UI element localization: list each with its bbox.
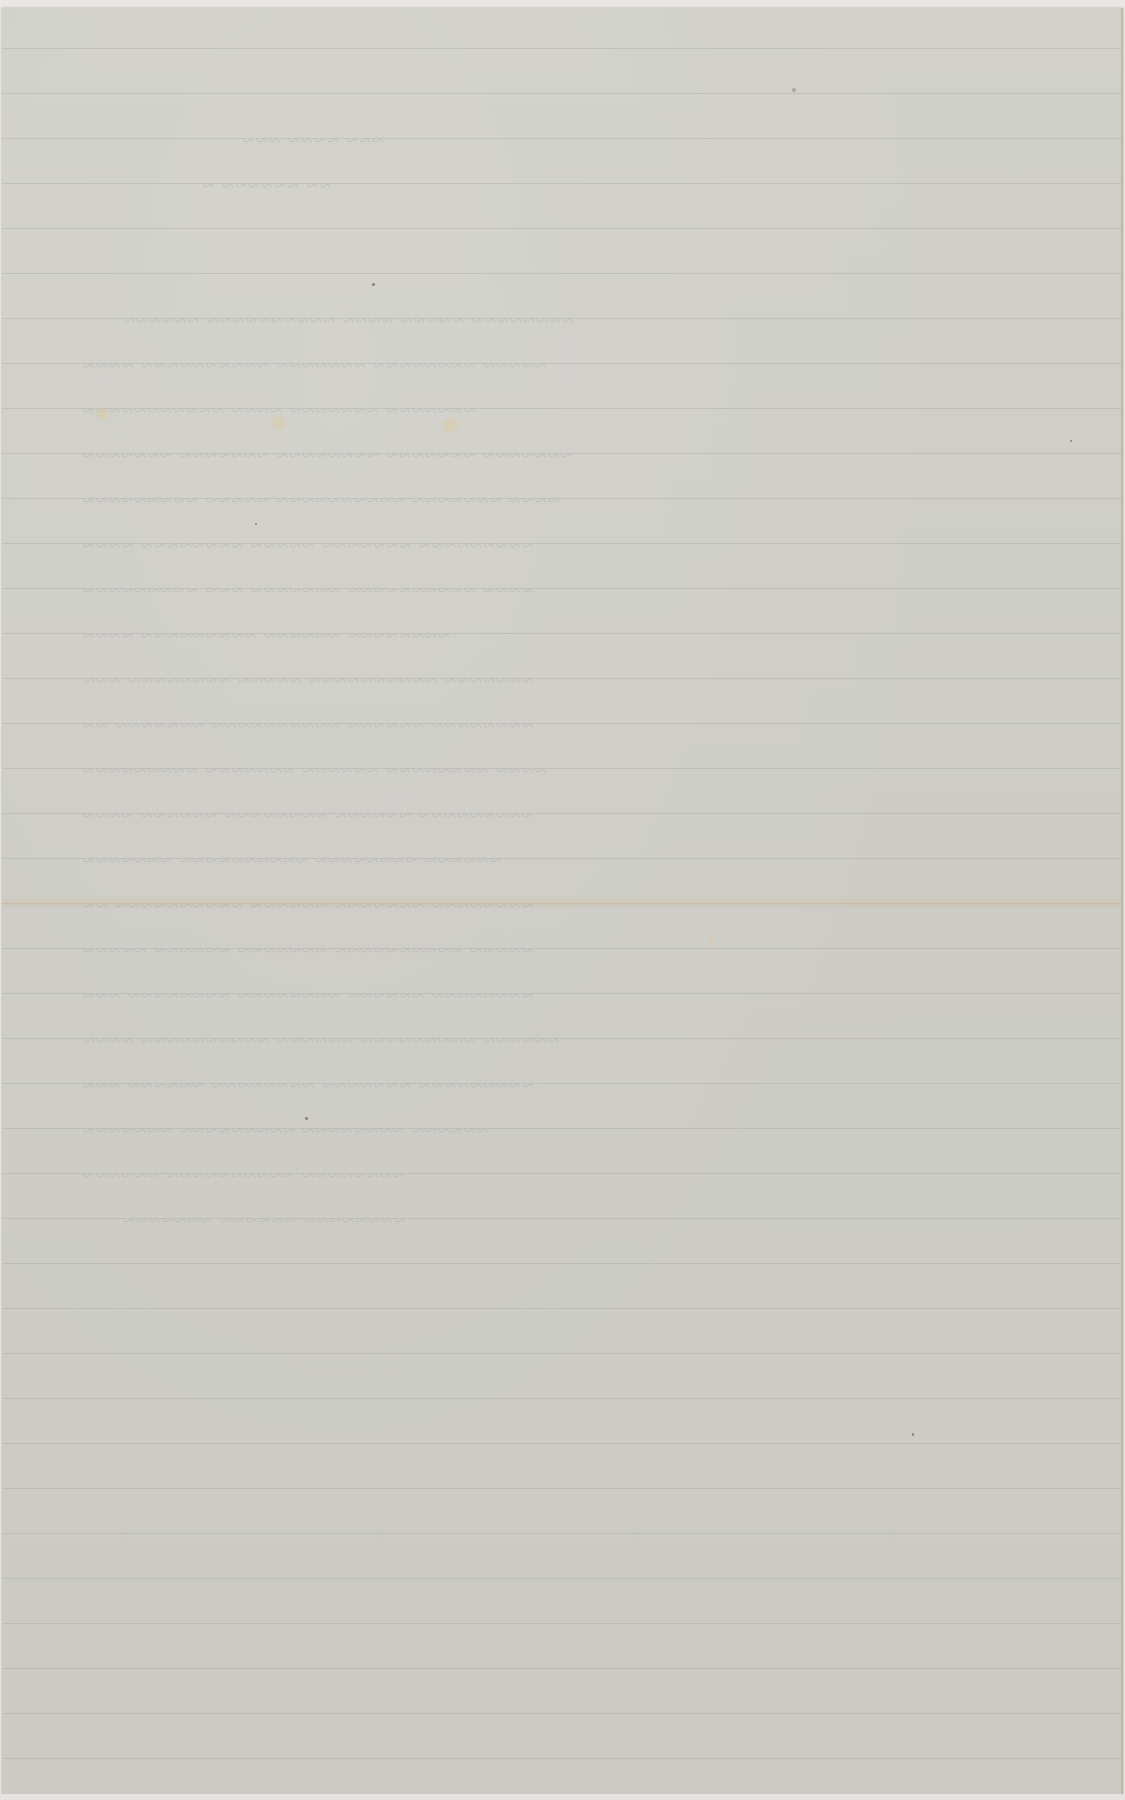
bleed-through-text: ~~~~~~~ ~~~~~~~~~~ ~~~~~ ~~~~~~~~ ~~~ (82, 668, 534, 694)
ruled-line (2, 1533, 1121, 1534)
bleed-through-text: ~~~~~~ ~~~~~~~~ ~~~~~~~~~ ~~~~~~~ (82, 1118, 489, 1144)
bleed-through-text: ~~~~ ~~~~~~~ ~~~~~~~~~~ ~~~~~ ~~~~~~~~~ (82, 488, 560, 514)
ruled-line (2, 1488, 1121, 1489)
ruled-line (2, 93, 1121, 94)
bleed-through-text: ~~~~~~~~ ~~~~~ ~~~~ ~~~~~~~~~~ ~~~~~~ (122, 308, 574, 334)
paper-stain (708, 933, 714, 945)
bleed-through-text: ~~~~~~ ~~~~~~~~ ~~~~~~~~~~ ~~~~~~~ (82, 848, 501, 874)
ruled-line (2, 1263, 1121, 1264)
paper-stain (97, 408, 109, 420)
paper-stain (442, 418, 460, 432)
ruled-line (2, 1353, 1121, 1354)
ruled-line (2, 1758, 1121, 1759)
bleed-through-text: ~~~~~~~~ ~~~~~~ ~~~~~~~~ ~~~~~~~~ ~~~ (82, 983, 534, 1009)
bleed-through-text: ~~ ~~~~~~ ~ (202, 173, 331, 199)
ink-speck (305, 1117, 308, 1120)
bleed-through-text: ~~~~~~~~ ~~~~~~~ ~~~~~~ ~~~~~~~~~~ ~~ (82, 893, 534, 919)
manuscript-page: ~~~ ~~~~ ~~~ ~~ ~~~~~~ ~ ~~~~~~~~ ~~~~~ … (2, 8, 1123, 1794)
ruled-line (2, 138, 1121, 139)
bleed-through-text: ~~~~~ ~~~~~~~~ ~~~~~~~ ~~~~~~~~~~ ~~~~ (82, 353, 547, 379)
bleed-through-text: ~~~~ ~~~~~~~~~~ ~~~~~~~ ~~~ ~~~~~~~~~ (82, 578, 534, 604)
bleed-through-text: ~~~~~ ~~~~~~~~~~ ~~~~~~~ ~~~~~~ ~~~~~ (82, 938, 534, 964)
ruled-line (2, 183, 1121, 184)
bleed-through-text: ~~~~~~~~ ~~~~~~~~~~ ~~~~~~ (82, 1163, 405, 1189)
scan-bottom-margin (0, 1794, 1125, 1800)
bleed-through-text: ~~~~~~~~~ ~~~~~~ ~~~~~~~~ ~~~~~~ ~~~~ (82, 803, 534, 829)
ruled-line (2, 1713, 1121, 1714)
ruled-line (2, 1578, 1121, 1579)
ruled-line (2, 1443, 1121, 1444)
ruled-line (2, 1398, 1121, 1399)
bleed-through-text: ~~~~~~~~ ~~~~~~ ~~~~~~~ (122, 1208, 406, 1234)
ink-speck (255, 523, 257, 525)
bleed-through-text: ~~~~~~~~ ~~~~~~ ~~~~~~~~~~ ~~~~~~~ ~~ (82, 713, 534, 739)
bleed-through-text: ~~~~~~~~~ ~~~~~~~ ~~~~~~~~ ~~~~~~ ~~~ (82, 1073, 534, 1099)
bleed-through-text: ~~~~ ~~~~~~~~ ~~~~~~ ~~~~~~~ ~~~~~~~~~ (82, 758, 547, 784)
bleed-through-text: ~~~~~~~ ~~~~~~~ ~~~~~~~~ ~~~~~~~ ~~~~~~~ (82, 443, 572, 469)
ruled-line (2, 1623, 1121, 1624)
paper-stain (272, 416, 286, 430)
bleed-through-text: ~~~~~~~~ ~~~~~~ ~~~~~~~~~ ~~~~ (82, 623, 450, 649)
ink-speck (912, 1433, 914, 1436)
bleed-through-text: ~~~~~~~~~ ~~~~~~~ ~~~~~ ~~~~~~~~ ~~~~ (82, 533, 534, 559)
ruled-line (2, 1668, 1121, 1669)
bleed-through-text: ~~~ ~~~~ ~~~ (242, 128, 384, 154)
ruled-line (2, 1308, 1121, 1309)
ink-speck (372, 283, 375, 286)
ruled-line (2, 228, 1121, 229)
ink-speck (1070, 440, 1072, 442)
bleed-through-text: ~~~~~~ ~~~~~~~~~ ~~~~~~ ~~~~~~~~~~ ~~~~ (82, 1028, 560, 1054)
ink-speck (792, 88, 796, 92)
ruled-line (2, 273, 1121, 274)
ruled-line (2, 48, 1121, 49)
